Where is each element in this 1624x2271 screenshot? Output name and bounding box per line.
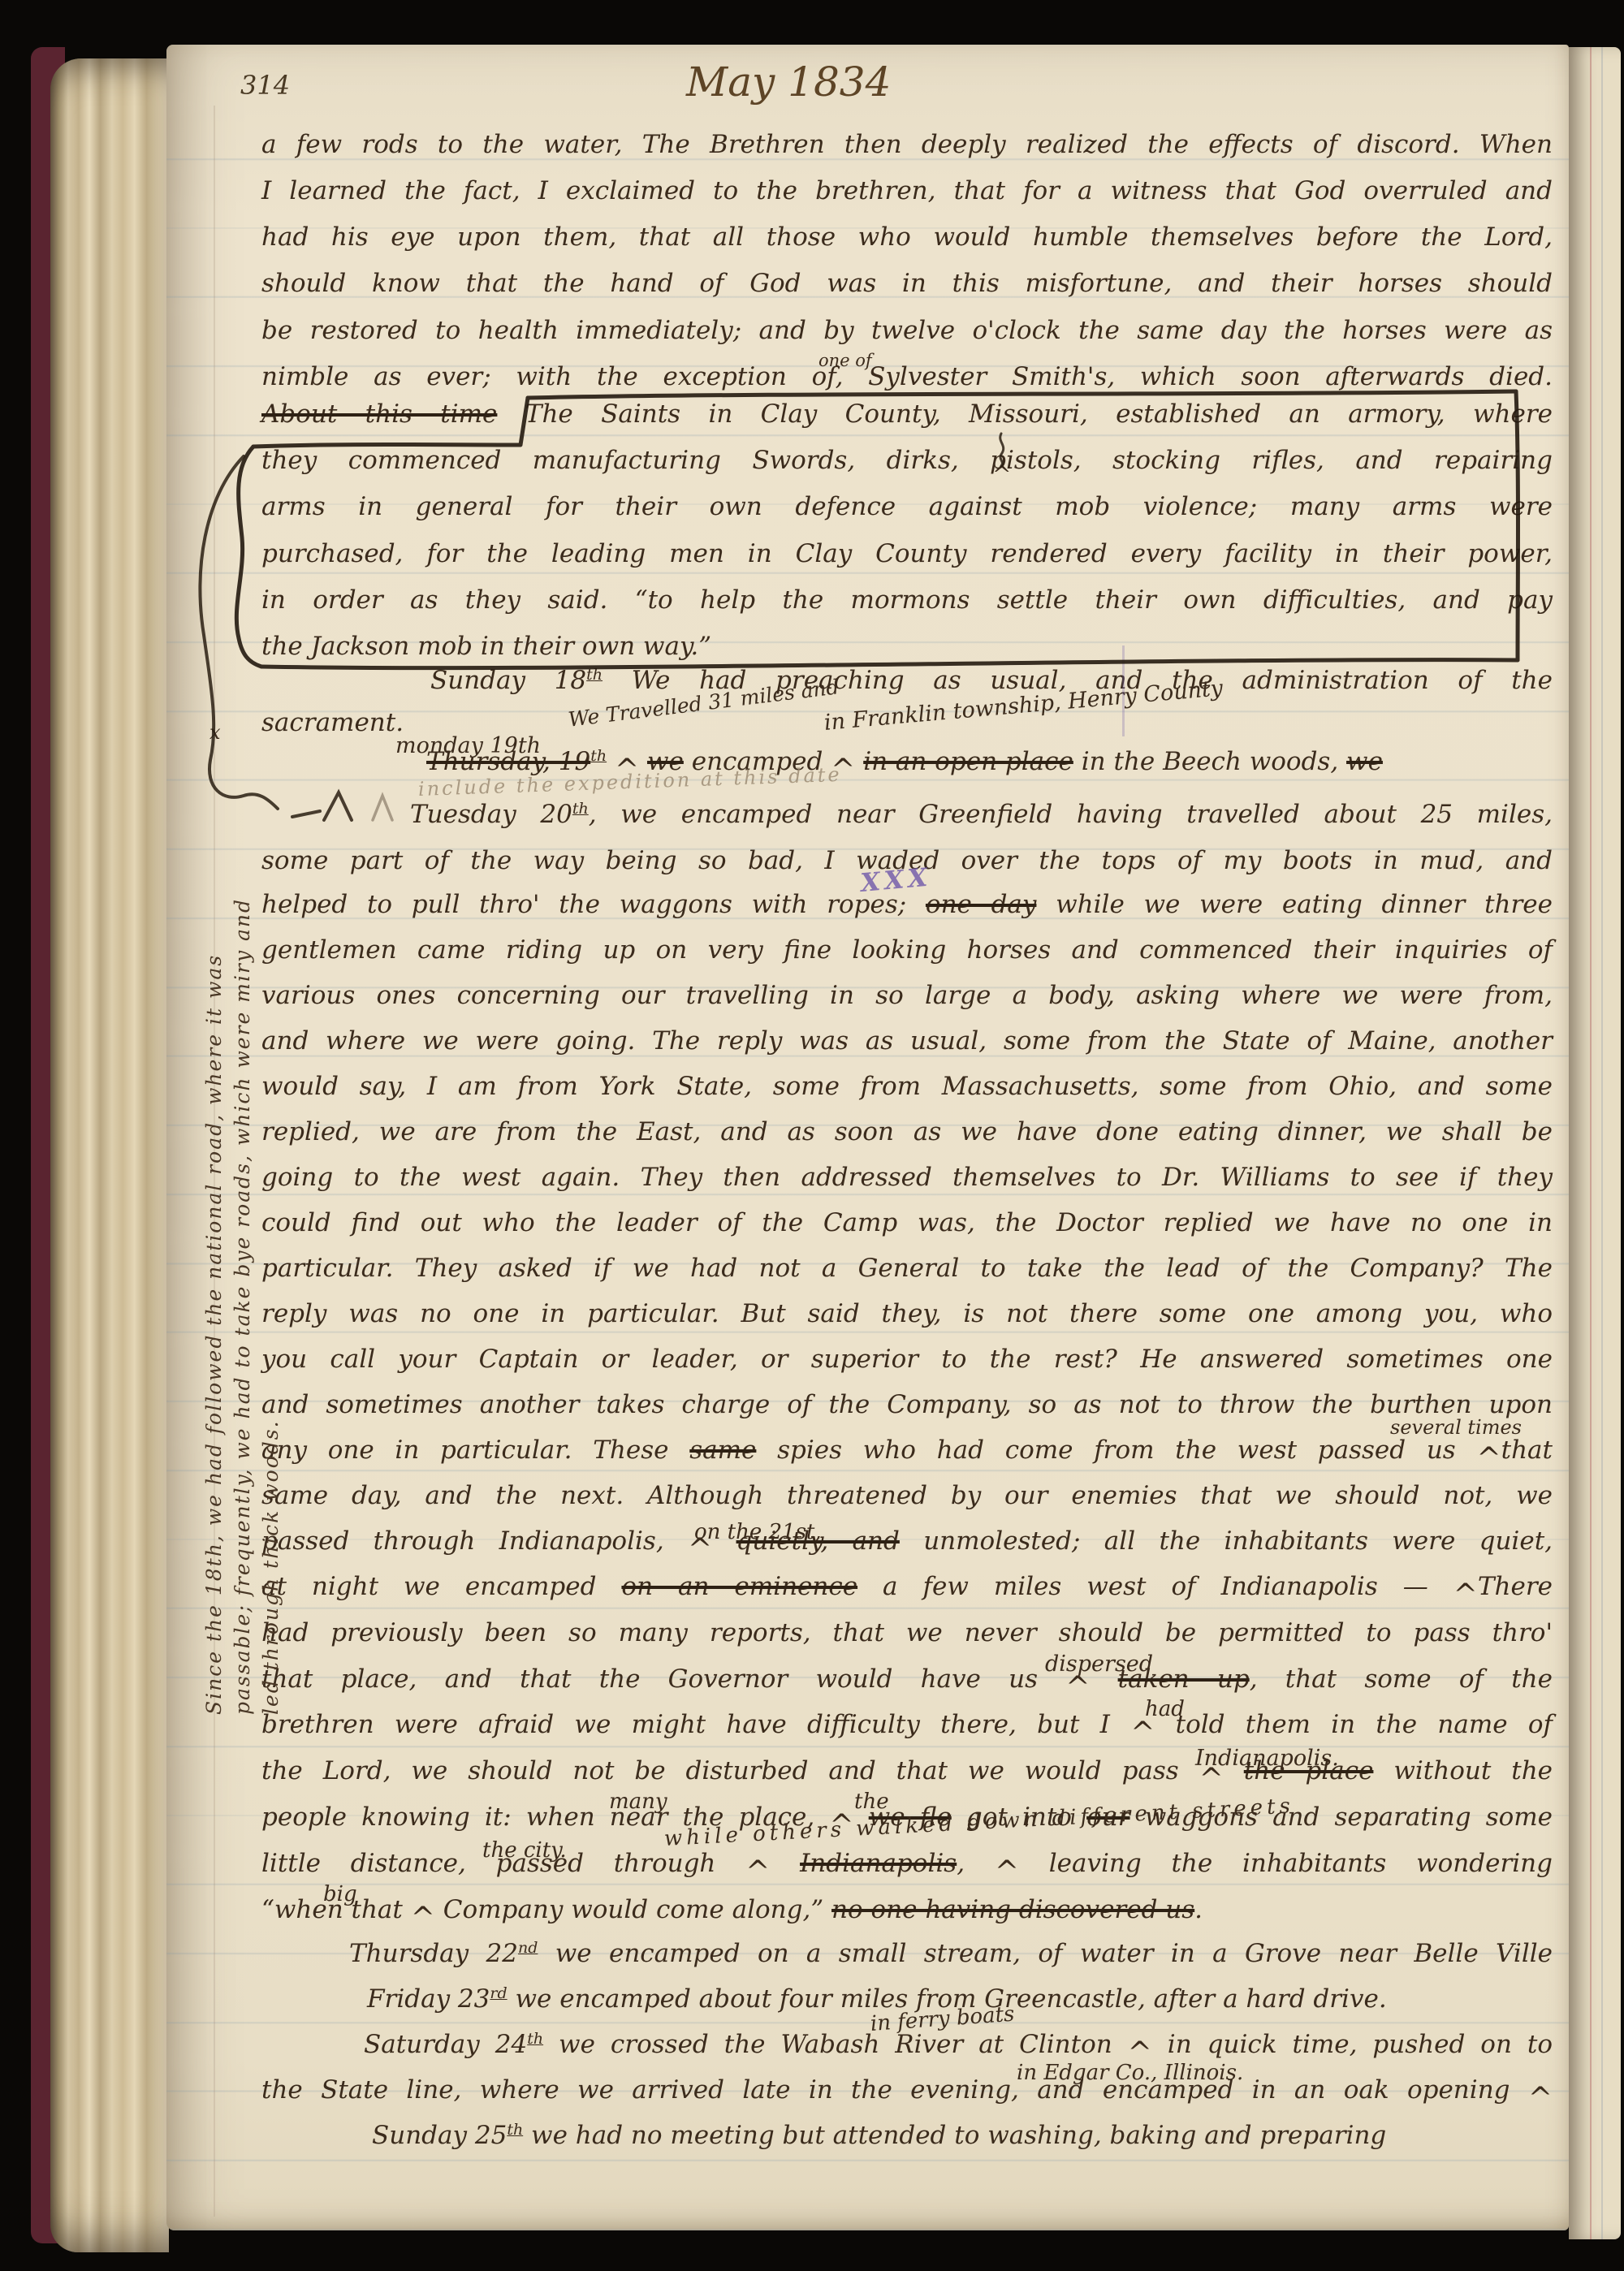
handwritten-text: helped to pull thro' the waggons with ro…: [261, 890, 926, 919]
inserted-text: monday 19th: [395, 733, 541, 758]
page-number: 314: [240, 70, 290, 101]
handwritten-text: purchased, for the leading men in Clay C…: [261, 539, 1553, 568]
struck-text: th: [590, 747, 607, 765]
handwritten-text: you call your Captain or leader, or supe…: [261, 1345, 1553, 1374]
handwritten-text: ,: [957, 1849, 995, 1878]
struck-text: we: [1346, 747, 1383, 776]
handwritten-text: any one in particular. These: [261, 1436, 689, 1465]
handwritten-text: gentlemen came riding up on very fine lo…: [261, 935, 1553, 965]
handwritten-text: they commenced manufacturing Swords, dir…: [261, 446, 1553, 475]
struck-text: no one having discovered us: [831, 1895, 1194, 1924]
handwritten-text: had previously been so many reports, tha…: [261, 1618, 1553, 1647]
manuscript-line: replied, we are from the East, and as so…: [261, 1117, 1553, 1146]
manuscript-line: Friday 23rd we encamped about four miles…: [367, 1984, 1387, 2014]
handwritten-text: a few rods to the water, The Brethren th…: [261, 130, 1553, 159]
handwritten-text: spies who had come from the west passed …: [756, 1436, 1476, 1465]
handwritten-text: Tuesday 20: [410, 800, 572, 829]
next-page-edge: [1569, 47, 1621, 2239]
handwritten-text: told them in the name of: [1155, 1710, 1553, 1739]
handwritten-text: Saturday 24: [364, 2030, 527, 2059]
inserted-text: on the 21st,: [694, 1520, 822, 1544]
handwritten-text: in order as they said. “to help the morm…: [261, 585, 1553, 615]
manuscript-line: and sometimes another takes charge of th…: [261, 1390, 1553, 1419]
manuscript-line: the Jackson mob in their own way.”: [261, 632, 711, 661]
handwritten-text: particular. They asked if we had not a G…: [261, 1254, 1553, 1283]
manuscript-line: passed through Indianapolis, ^ quietly, …: [261, 1526, 1553, 1556]
handwritten-text: the Lord, we should not be disturbed and…: [261, 1756, 1199, 1785]
manuscript-line: had his eye upon them, that all those wh…: [261, 222, 1553, 252]
manuscript-line: sacrament.: [261, 708, 404, 737]
inserted-text: dispersed: [1045, 1651, 1153, 1677]
inserted-text: in Edgar Co., Illinois.: [1017, 2061, 1243, 2085]
handwritten-text: The Saints in Clay County, Missouri, est…: [497, 399, 1553, 429]
handwritten-text: replied, we are from the East, and as so…: [261, 1117, 1553, 1146]
next-page-blue-rule: [1601, 47, 1603, 2239]
manuscript-line: particular. They asked if we had not a G…: [261, 1254, 1553, 1283]
handwritten-text: in quick time, pushed on to: [1152, 2030, 1553, 2059]
manuscript-line: I learned the fact, I exclaimed to the b…: [261, 176, 1553, 205]
manuscript-line: the State line, where we arrived late in…: [261, 2075, 1553, 2105]
handwritten-text: and where we were going. The reply was a…: [261, 1026, 1553, 1056]
margin-note-line: passable; frequently, we had to take bye…: [228, 797, 257, 1715]
inserted-text: many: [609, 1790, 667, 1814]
inserted-text: x: [209, 721, 221, 744]
handwritten-text: a few miles west of Indianapolis —: [857, 1572, 1453, 1601]
handwritten-text: rd: [490, 1984, 507, 2002]
handwritten-text: There: [1478, 1572, 1553, 1601]
next-page-red-rule: [1590, 47, 1592, 2239]
manuscript-line: little distance, passed through ^ Indian…: [261, 1849, 1553, 1878]
page-header: May 1834: [686, 58, 891, 106]
handwritten-text: nimble as ever; with the exception of, S…: [261, 362, 1553, 391]
manuscript-line: could find out who the leader of the Cam…: [261, 1208, 1553, 1237]
handwritten-text: would say, I am from York State, some fr…: [261, 1072, 1553, 1101]
manuscript-line: Sunday 25th we had no meeting but attend…: [372, 2121, 1386, 2150]
handwritten-text: brethren were afraid we might have diffi…: [261, 1710, 1130, 1739]
handwritten-text: that place, and that the Governor would …: [261, 1664, 1065, 1694]
handwritten-text: sacrament.: [261, 708, 404, 737]
handwritten-text: while we were eating dinner three: [1036, 890, 1553, 919]
inserted-text: the: [854, 1790, 889, 1814]
margin-note-line: Since the 18th, we had followed the nati…: [200, 797, 228, 1715]
manuscript-line: at night we encamped on an eminence a fe…: [261, 1572, 1553, 1601]
handwritten-text: Sunday 25: [372, 2121, 507, 2150]
handwritten-text: going to the west again. They then addre…: [261, 1163, 1553, 1192]
struck-text: one day: [926, 890, 1037, 919]
handwritten-text: we had no meeting but attended to washin…: [523, 2121, 1386, 2150]
manuscript-line: in order as they said. “to help the morm…: [261, 585, 1553, 615]
struck-text: Indianapolis: [800, 1849, 957, 1878]
struck-text: on an eminence: [621, 1572, 857, 1601]
handwritten-text: I learned the fact, I exclaimed to the b…: [261, 176, 1553, 205]
handwritten-text: without the: [1373, 1756, 1553, 1785]
inserted-text: one of: [818, 351, 872, 370]
manuscript-line: helped to pull thro' the waggons with ro…: [261, 890, 1553, 919]
handwritten-text: the Jackson mob in their own way.”: [261, 632, 711, 661]
manuscript-line: Thursday 22nd we encamped on a small str…: [349, 1939, 1553, 1968]
manuscript-line: going to the west again. They then addre…: [261, 1163, 1553, 1192]
inserted-text: Indianapolis.: [1195, 1746, 1339, 1771]
margin-note-line: led through thick woods.: [257, 797, 285, 1715]
handwritten-text: and sometimes another takes charge of th…: [261, 1390, 1553, 1419]
manuscript-scan: 314 May 1834 a few rods to the water, Th…: [0, 0, 1624, 2271]
handwritten-text: same day, and the next. Although threate…: [261, 1481, 1553, 1510]
manuscript-line: they commenced manufacturing Swords, dir…: [261, 446, 1553, 475]
manuscript-line: be restored to health immediately; and b…: [261, 316, 1553, 345]
page-edge-stack: [50, 58, 169, 2252]
handwritten-text: could find out who the leader of the Cam…: [261, 1208, 1553, 1237]
manuscript-line: About this time The Saints in Clay Count…: [261, 399, 1553, 429]
manuscript-line: you call your Captain or leader, or supe…: [261, 1345, 1553, 1374]
struck-text: About this time: [261, 399, 497, 429]
handwritten-text: Thursday 22: [349, 1939, 518, 1968]
handwritten-text: passed through Indianapolis,: [261, 1526, 688, 1556]
handwritten-text: the State line, where we arrived late in…: [261, 2075, 1528, 2105]
manuscript-line: should know that the hand of God was in …: [261, 269, 1553, 298]
manuscript-line: arms in general for their own defence ag…: [261, 492, 1553, 521]
inserted-text: the city.: [482, 1838, 567, 1863]
ink-smudge: [1122, 645, 1125, 736]
manuscript-line: Sunday 18th We had preaching as usual, a…: [430, 666, 1553, 695]
handwritten-text: that: [1501, 1436, 1553, 1465]
manuscript-line: Saturday 24th we crossed the Wabash Rive…: [364, 2030, 1553, 2059]
struck-text: same: [689, 1436, 756, 1465]
handwritten-text: , that some of the: [1250, 1664, 1553, 1694]
inserted-text: big: [323, 1882, 357, 1906]
manuscript-line: same day, and the next. Although threate…: [261, 1481, 1553, 1510]
manuscript-line: any one in particular. These same spies …: [261, 1436, 1553, 1465]
inserted-text: had: [1145, 1697, 1185, 1721]
inserted-text: ^: [992, 461, 1011, 488]
manuscript-line: purchased, for the leading men in Clay C…: [261, 539, 1553, 568]
handwritten-text: we crossed the Wabash River at Clinton: [543, 2030, 1128, 2059]
handwritten-text: had his eye upon them, that all those wh…: [261, 222, 1553, 252]
handwritten-text: , we encamped near Greenfield having tra…: [589, 800, 1553, 829]
handwritten-text: we encamped on a small stream, of water …: [538, 1939, 1553, 1968]
manuscript-line: had previously been so many reports, tha…: [261, 1618, 1553, 1647]
manuscript-line: the Lord, we should not be disturbed and…: [261, 1756, 1553, 1785]
manuscript-line: nimble as ever; with the exception of, S…: [261, 362, 1553, 391]
manuscript-line: would say, I am from York State, some fr…: [261, 1072, 1553, 1101]
handwritten-text: nd: [518, 1939, 538, 1957]
handwritten-text: should know that the hand of God was in …: [261, 269, 1553, 298]
manuscript-line: brethren were afraid we might have diffi…: [261, 1710, 1553, 1739]
handwritten-text: th: [507, 2121, 523, 2139]
manuscript-line: that place, and that the Governor would …: [261, 1664, 1553, 1694]
manuscript-line: and where we were going. The reply was a…: [261, 1026, 1553, 1056]
handwritten-text: [770, 1849, 800, 1878]
handwritten-text: various ones concerning our travelling i…: [261, 981, 1553, 1010]
handwritten-text: th: [572, 800, 589, 818]
struck-text: in an open place: [863, 747, 1073, 776]
manuscript-line: gentlemen came riding up on very fine lo…: [261, 935, 1553, 965]
handwritten-text: be restored to health immediately; and b…: [261, 316, 1553, 345]
manuscript-line: reply was no one in particular. But said…: [261, 1299, 1553, 1328]
handwritten-text: in the Beech woods,: [1073, 747, 1346, 776]
manuscript-line: “when that ^ Company would come along,” …: [261, 1895, 1203, 1924]
margin-note: Since the 18th, we had followed the nati…: [200, 797, 285, 1715]
handwritten-text: th: [586, 666, 603, 684]
purple-mark: XXX: [859, 862, 932, 897]
handwritten-text: Sunday 18: [430, 666, 586, 695]
manuscript-line: various ones concerning our travelling i…: [261, 981, 1553, 1010]
manuscript-line: Tuesday 20th, we encamped near Greenfiel…: [410, 800, 1553, 829]
handwritten-text: .: [1194, 1895, 1203, 1924]
handwritten-text: leaving the inhabitants wondering: [1019, 1849, 1553, 1878]
handwritten-text: at night we encamped: [261, 1572, 621, 1601]
manuscript-line: a few rods to the water, The Brethren th…: [261, 130, 1553, 159]
handwritten-text: th: [527, 2030, 543, 2048]
handwritten-text: arms in general for their own defence ag…: [261, 492, 1553, 521]
handwritten-text: [855, 747, 863, 776]
handwritten-text: unmolested; all the inhabitants were qui…: [900, 1526, 1553, 1556]
handwritten-text: reply was no one in particular. But said…: [261, 1299, 1553, 1328]
inserted-text: several times: [1390, 1416, 1522, 1439]
handwritten-text: Company would come along,”: [435, 1895, 831, 1924]
handwritten-text: Friday 23: [367, 1984, 490, 2014]
